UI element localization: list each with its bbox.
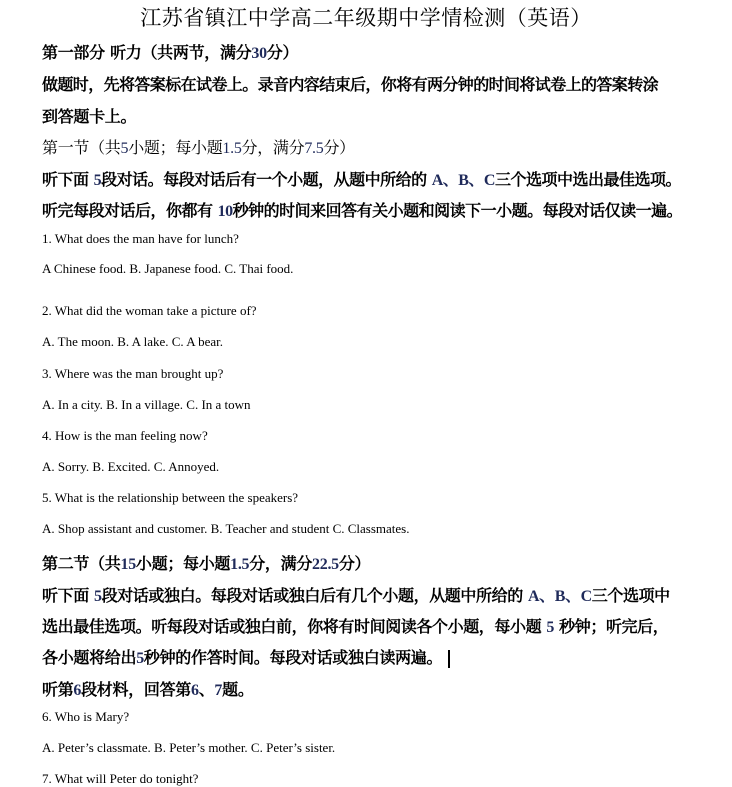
section1-instructions-line-1: 听下面 5段对话。每段对话后有一个小题，从题中所给的 A、B、C三个选项中选出最… [42,167,681,190]
question-1-options: A Chinese food. B. Japanese food. C. Tha… [42,261,293,277]
text-cursor [448,650,450,668]
instructions-line-1: 做题时，先将答案标在试卷上。录音内容结束后，你将有两分钟的时间将试卷上的答案转涂 [42,72,658,95]
part1-heading: 第一部分 听力（共两节，满分30分） [42,40,298,63]
instructions-line-2: 到答题卡上。 [42,104,136,127]
question-3-options: A. In a city. B. In a village. C. In a t… [42,397,251,413]
section2-heading: 第二节（共15小题；每小题1.5分，满分22.5分） [42,551,370,574]
question-4: 4. How is the man feeling now? [42,428,208,444]
section2-instructions-line-2: 选出最佳选项。听每段对话或独白前，你将有时间阅读各个小题，每小题 5 秒钟；听完… [42,614,668,637]
question-1: 1. What does the man have for lunch? [42,231,239,247]
section2-instructions-line-3[interactable]: 各小题将给出5秒钟的作答时间。每段对话或独白读两遍。 [42,645,450,668]
document-page: 江苏省镇江中学高二年级期中学情检测（英语） 第一部分 听力（共两节，满分30分）… [0,0,732,787]
question-6: 6. Who is Mary? [42,709,129,725]
section2-instructions-line-1: 听下面 5段对话或独白。每段对话或独白后有几个小题，从题中所给的 A、B、C三个… [42,583,670,606]
question-3: 3. Where was the man brought up? [42,366,223,382]
question-4-options: A. Sorry. B. Excited. C. Annoyed. [42,459,219,475]
question-2: 2. What did the woman take a picture of? [42,303,257,319]
document-title: 江苏省镇江中学高二年级期中学情检测（英语） [0,2,732,32]
passage6-heading: 听第6段材料，回答第6、7题。 [42,677,254,700]
question-5-options: A. Shop assistant and customer. B. Teach… [42,521,410,537]
question-2-options: A. The moon. B. A lake. C. A bear. [42,334,223,350]
question-6-options: A. Peter’s classmate. B. Peter’s mother.… [42,740,335,756]
question-7: 7. What will Peter do tonight? [42,771,198,787]
section1-heading: 第一节（共5小题；每小题1.5分，满分7.5分） [42,135,355,158]
question-5: 5. What is the relationship between the … [42,490,298,506]
section1-instructions-line-2: 听完每段对话后，你都有 10秒钟的时间来回答有关小题和阅读下一小题。每段对话仅读… [42,198,682,221]
